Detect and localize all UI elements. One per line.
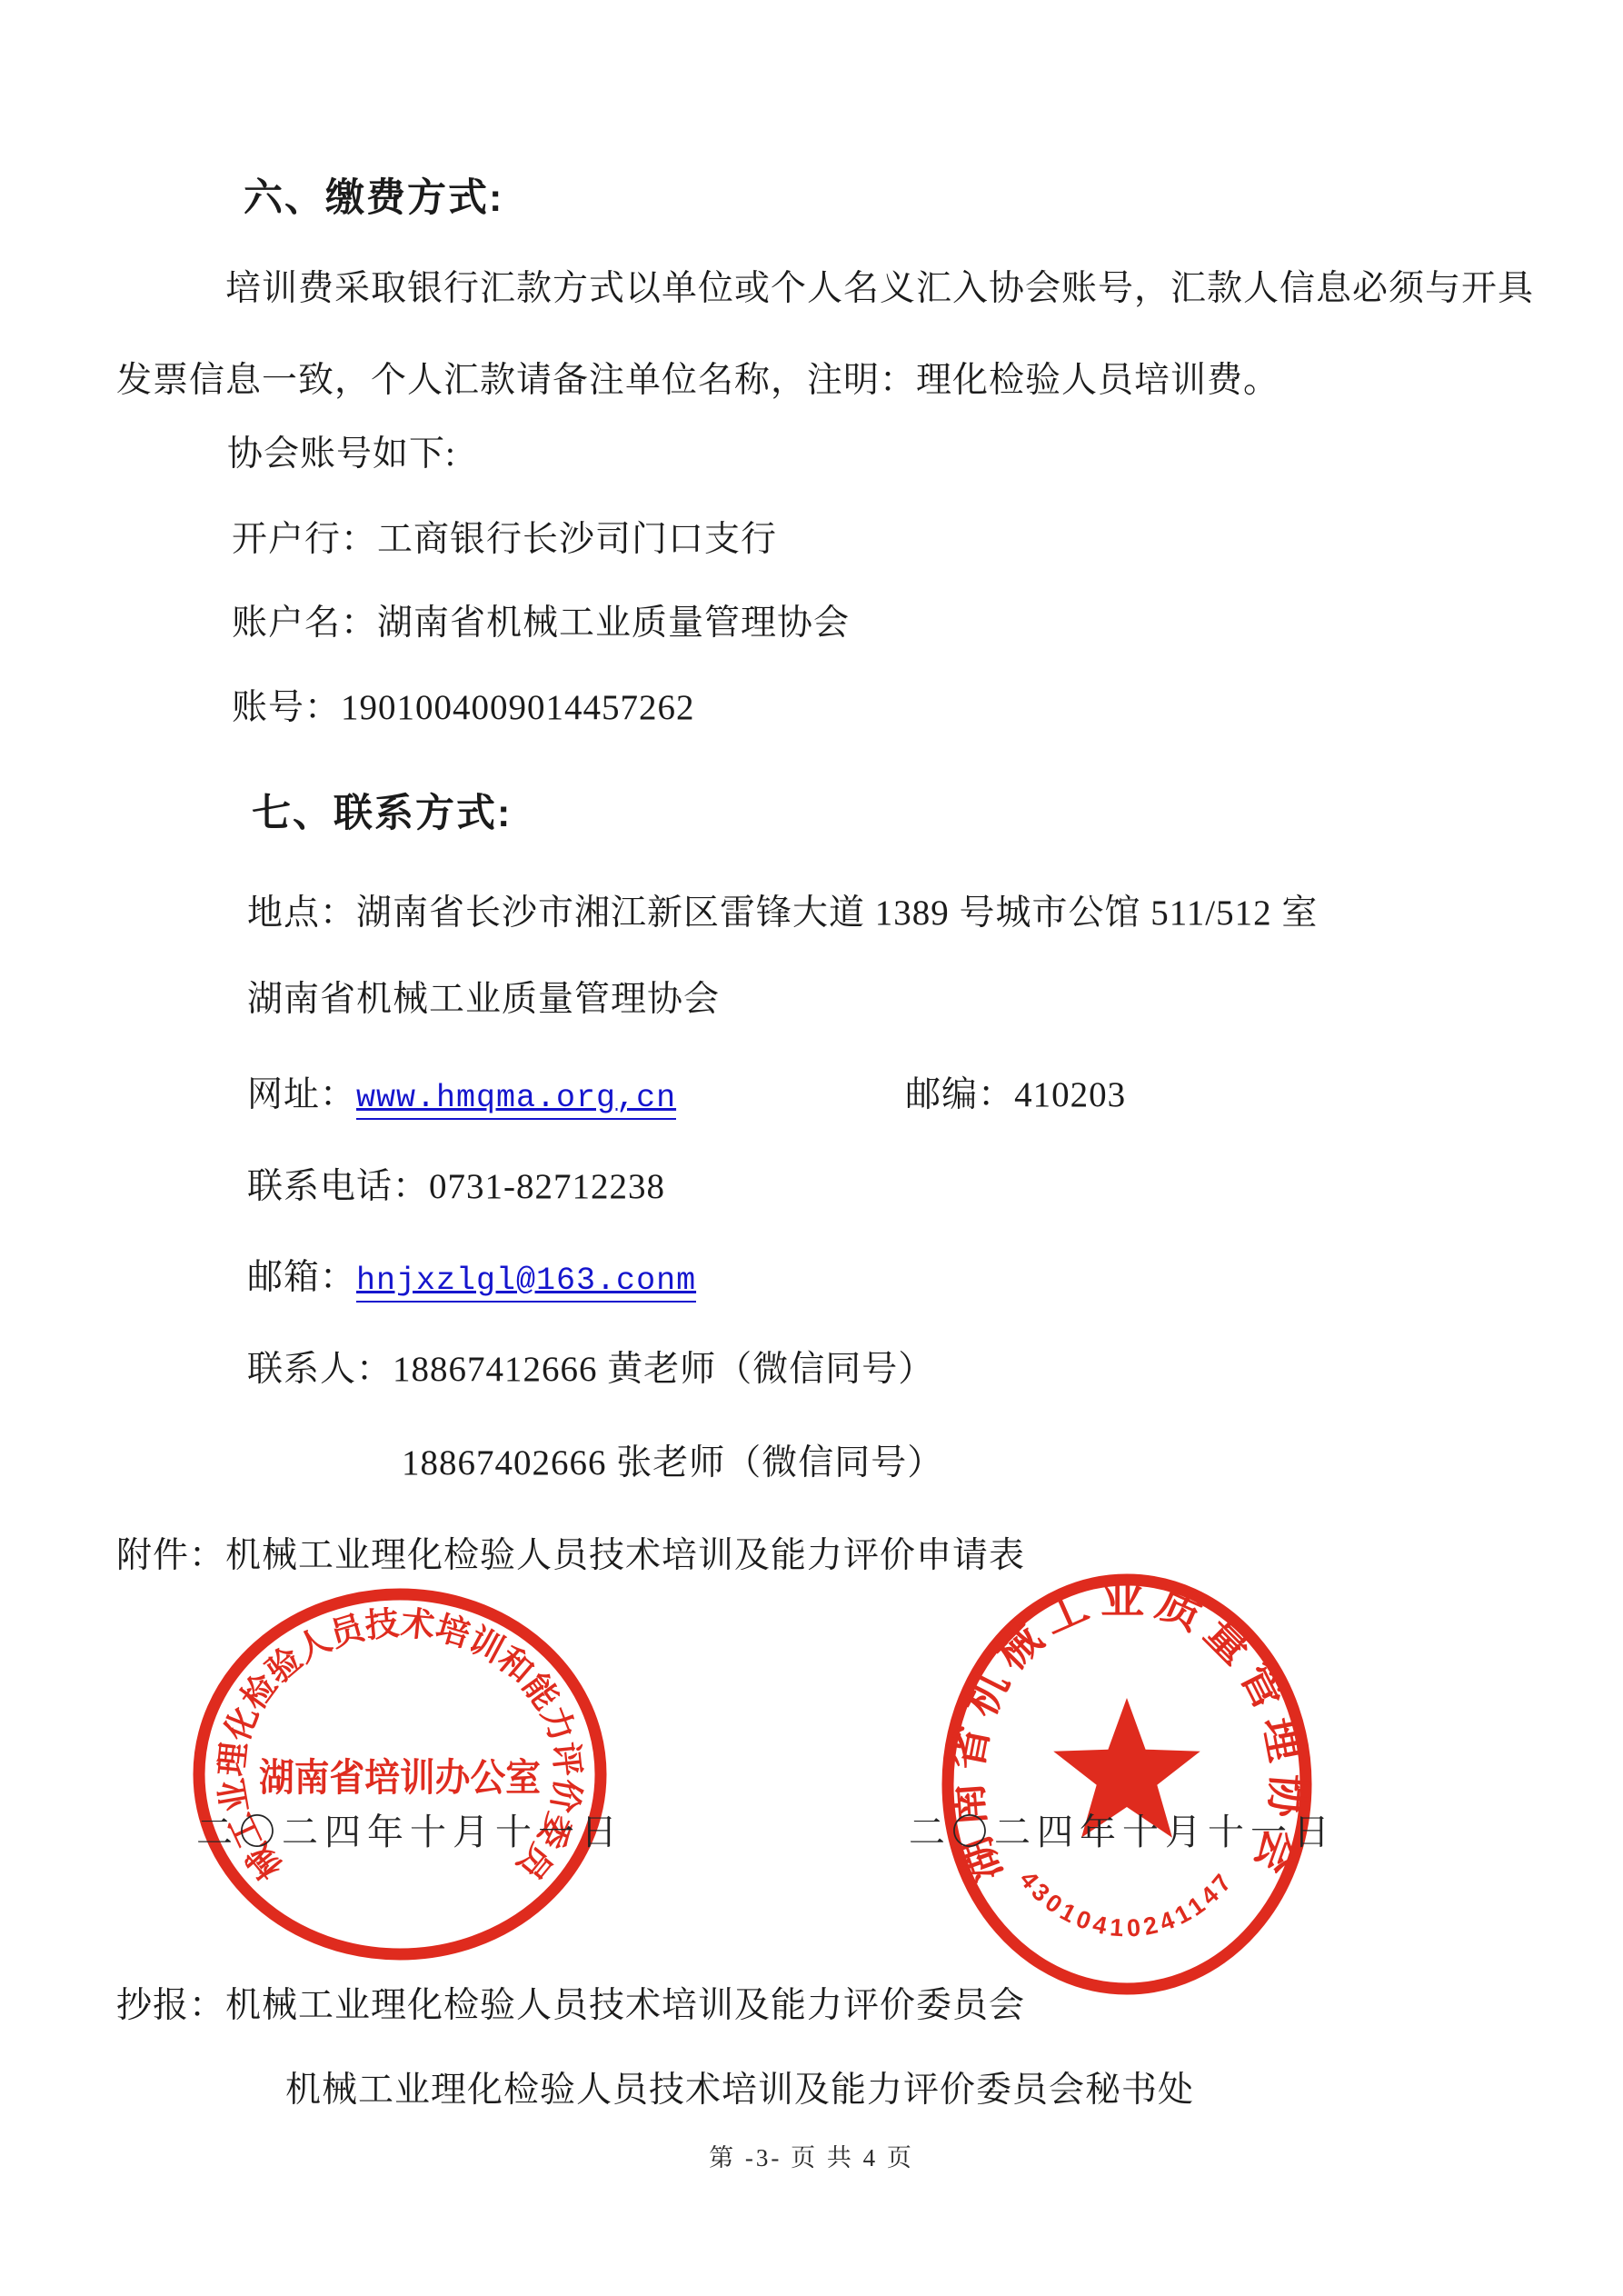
account-intro-line: 协会账号如下: [227, 434, 456, 476]
email-label: 邮箱： [247, 1258, 356, 1297]
cc-line1: 抄报：机械工业理化检验人员技术培训及能力评价委员会 [116, 1985, 1025, 2028]
organization-line: 湖南省机械工业质量管理协会 [247, 979, 720, 1022]
contact-section-heading: 七、联系方式: [252, 791, 512, 838]
phone-line: 联系电话：0731-82712238 [247, 1166, 665, 1209]
website-link[interactable]: www.hmqma.org,cn [356, 1080, 676, 1120]
website-label: 网址： [247, 1075, 356, 1114]
contact-person-line2: 18867402666 张老师（微信同号） [402, 1442, 943, 1485]
payment-section-heading: 六、缴费方式: [244, 175, 503, 223]
training-office-seal: 机械工业理化检验人员技术培训和能力评价委员会 湖南省培训办公室 [186, 1583, 613, 1965]
address-line: 地点：湖南省长沙市湘江新区雷锋大道 1389 号城市公馆 511/512 室 [247, 893, 1318, 935]
account-number-line: 账号：1901004009014457262 [232, 687, 695, 730]
page-number-footer: 第 -3- 页 共 4 页 [0, 2138, 1623, 2173]
document-page: 六、缴费方式: 培训费采取银行汇款方式以单位或个人名义汇入协会账号，汇款人信息必… [0, 0, 1623, 2296]
payment-paragraph-line1: 培训费采取银行汇款方式以单位或个人名义汇入协会账号，汇款人信息必须与开具 [225, 268, 1534, 311]
training-office-seal-graphic: 机械工业理化检验人员技术培训和能力评价委员会 湖南省培训办公室 [186, 1583, 613, 1965]
website-row: 网址：www.hmqma.org,cn邮编：410203 [247, 1074, 1126, 1117]
association-seal: 湖南省机械工业质量管理协会 43010410241147 [936, 1571, 1318, 1998]
bank-branch-line: 开户行：工商银行长沙司门口支行 [232, 519, 777, 562]
email-link[interactable]: hnjxzlgl@163.conm [356, 1263, 696, 1303]
payment-paragraph-line2: 发票信息一致，个人汇款请备注单位名称，注明：理化检验人员培训费。 [116, 360, 1279, 403]
attachment-line: 附件：机械工业理化检验人员技术培训及能力评价申请表 [116, 1535, 1025, 1578]
left-signature-date: 二〇二四年十月十一日 [196, 1803, 623, 1855]
seal-serial-number: 43010410241147 [1014, 1866, 1240, 1942]
postcode-value: 410203 [1014, 1075, 1126, 1114]
email-row: 邮箱：hnjxzlgl@163.conm [247, 1257, 696, 1300]
cc-line2: 机械工业理化检验人员技术培训及能力评价委员会秘书处 [285, 2070, 1194, 2112]
right-signature-date: 二〇二四年十月十一日 [909, 1803, 1336, 1855]
seal-center-text: 湖南省培训办公室 [259, 1756, 541, 1799]
association-seal-graphic: 湖南省机械工业质量管理协会 43010410241147 [936, 1571, 1318, 1998]
postcode-label: 邮编： [905, 1075, 1014, 1114]
account-name-line: 账户名：湖南省机械工业质量管理协会 [232, 603, 850, 645]
contact-person-line1: 联系人：18867412666 黄老师（微信同号） [247, 1349, 934, 1392]
